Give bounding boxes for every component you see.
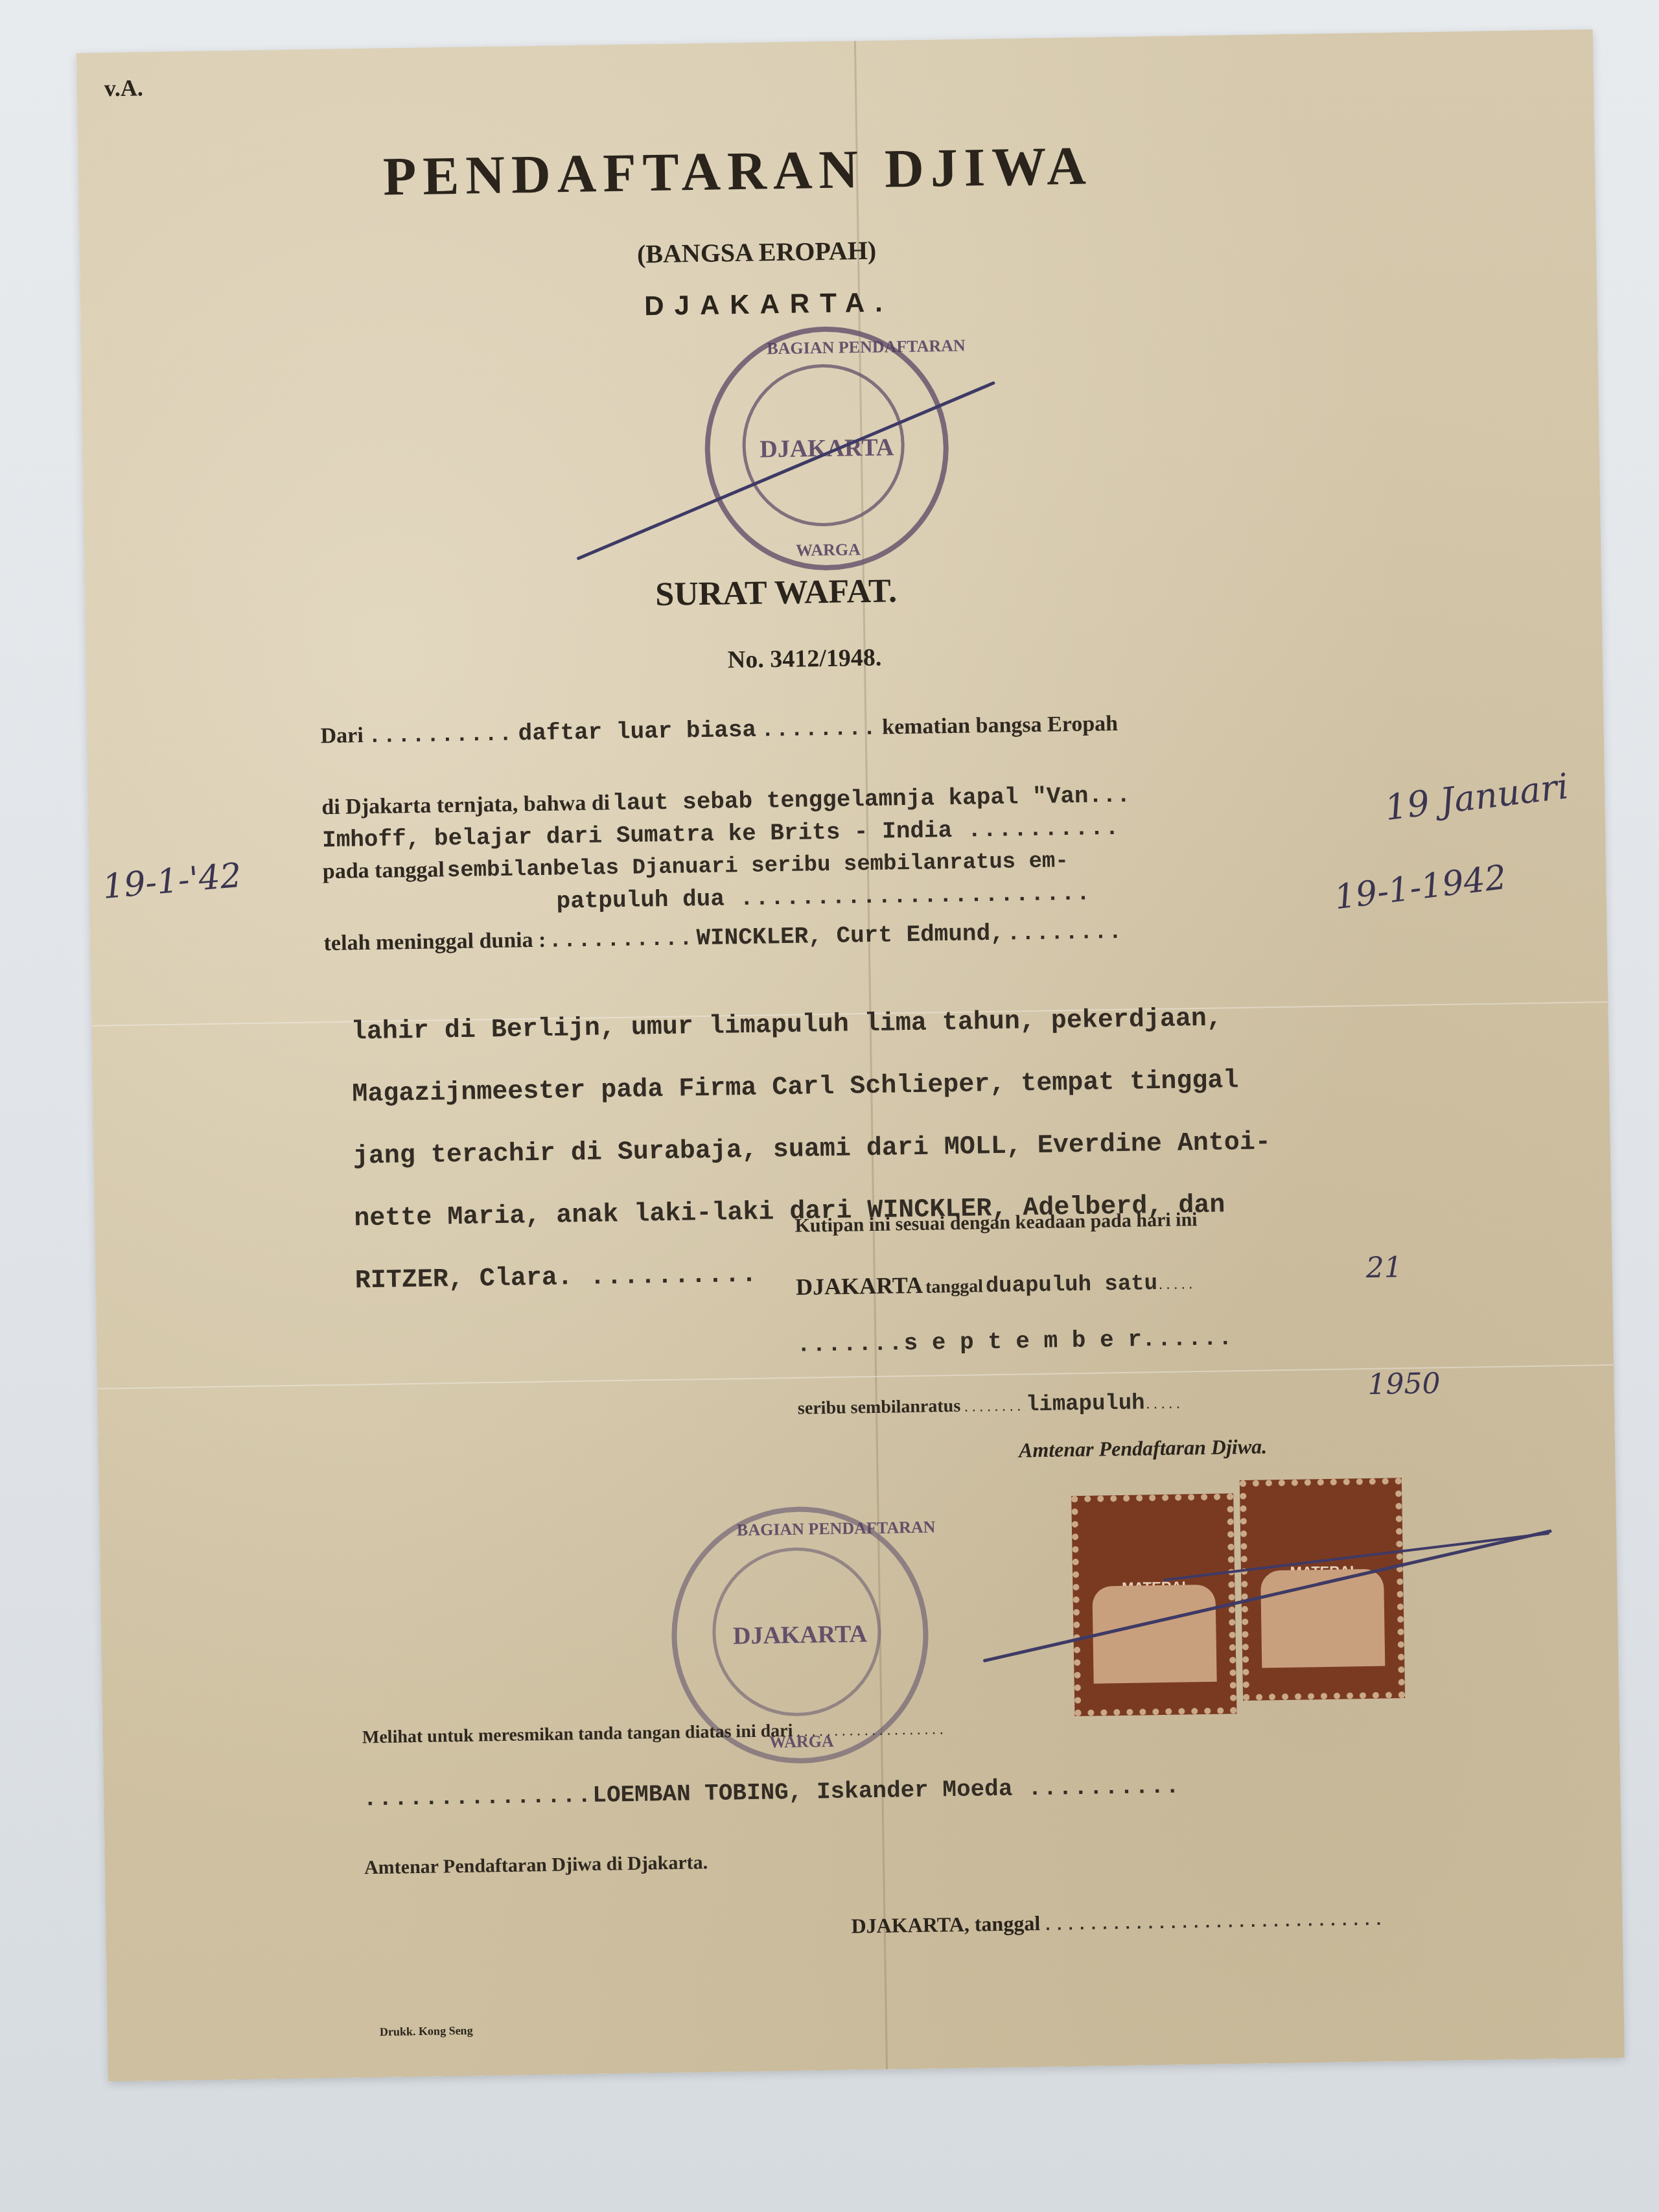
revenue-stamp: MATERAI: [1071, 1493, 1236, 1716]
document-title: PENDAFTARAN DJIWA: [382, 134, 1093, 208]
field-legalizing-official: ...............LOEMBAN TOBING, Iskander …: [363, 1773, 1181, 1813]
handwritten-left-date: 19-1-'42: [101, 856, 243, 907]
form-line-from: Dari .......... daftar luar biasa ......…: [320, 711, 1118, 750]
corner-mark: v.A.: [104, 74, 144, 102]
official-title: Amtenar Pendaftaran Djiwa.: [1019, 1434, 1268, 1462]
field-place-of-death-cont: Imhoff, belajar dari Sumatra ke Brits - …: [322, 815, 1120, 854]
legalization-official-title: Amtenar Pendaftaran Djiwa di Djakarta.: [364, 1852, 708, 1879]
seal-bottom-text: WARGA: [796, 540, 861, 561]
registry-seal-top: DJAKARTA BAGIAN PENDAFTARAN WARGA: [703, 325, 951, 572]
printer-mark: Drukk. Kong Seng: [380, 2024, 473, 2039]
field-date-of-death: sembilanbelas Djanuari seribu sembilanra…: [447, 849, 1069, 883]
certificate-number: No. 3412/1948.: [727, 644, 881, 675]
field-issue-month: .......s e p t e m b e r......: [796, 1325, 1234, 1358]
seal-ring-text: BAGIAN PENDAFTARAN: [767, 336, 966, 359]
issue-year-line: seribu sembilanratus ........ limapuluh.…: [798, 1390, 1183, 1421]
field-deceased-name: WINCKLER, Curt Edmund,: [696, 920, 1004, 951]
handwritten-day-correction: 21: [1365, 1251, 1402, 1285]
document-subtitle: (BANGSA EROPAH): [637, 235, 877, 270]
field-issue-day: duapuluh satu: [986, 1272, 1158, 1299]
form-line-date: pada tanggal sembilanbelas Djanuari seri…: [323, 848, 1069, 885]
revenue-stamp: MATERAI: [1240, 1478, 1405, 1701]
form-line-place: di Djakarta ternjata, bahwa di laut seba…: [321, 782, 1131, 822]
handwritten-right-date: 19-1-1942: [1332, 858, 1509, 918]
field-register: daftar luar biasa: [518, 717, 756, 747]
field-issue-year: limapuluh: [1026, 1391, 1145, 1417]
field-place-of-death: laut sebab tenggelamnja kapal "Van...: [612, 782, 1131, 817]
handwritten-year: 1950: [1367, 1367, 1441, 1401]
deceased-details-paragraph: lahir di Berlijn, umur limapuluh lima ta…: [351, 987, 1273, 1312]
document-type: SURAT WAFAT.: [655, 572, 898, 614]
legalization-date-line: DJAKARTA, tanggal ......................…: [851, 1906, 1385, 1938]
document-city: DJAKARTA.: [644, 286, 893, 321]
form-line-deceased: telah meninggal dunia : .......... WINCK…: [323, 918, 1123, 957]
handwritten-right-date-text: 19 Januari: [1383, 765, 1571, 828]
death-certificate-document: v.A. PENDAFTARAN DJIWA (BANGSA EROPAH) D…: [76, 29, 1625, 2081]
field-date-of-death-cont: patpuluh dua .......................: [556, 880, 1091, 915]
seal-ring-text: BAGIAN PENDAFTARAN: [737, 1517, 936, 1540]
